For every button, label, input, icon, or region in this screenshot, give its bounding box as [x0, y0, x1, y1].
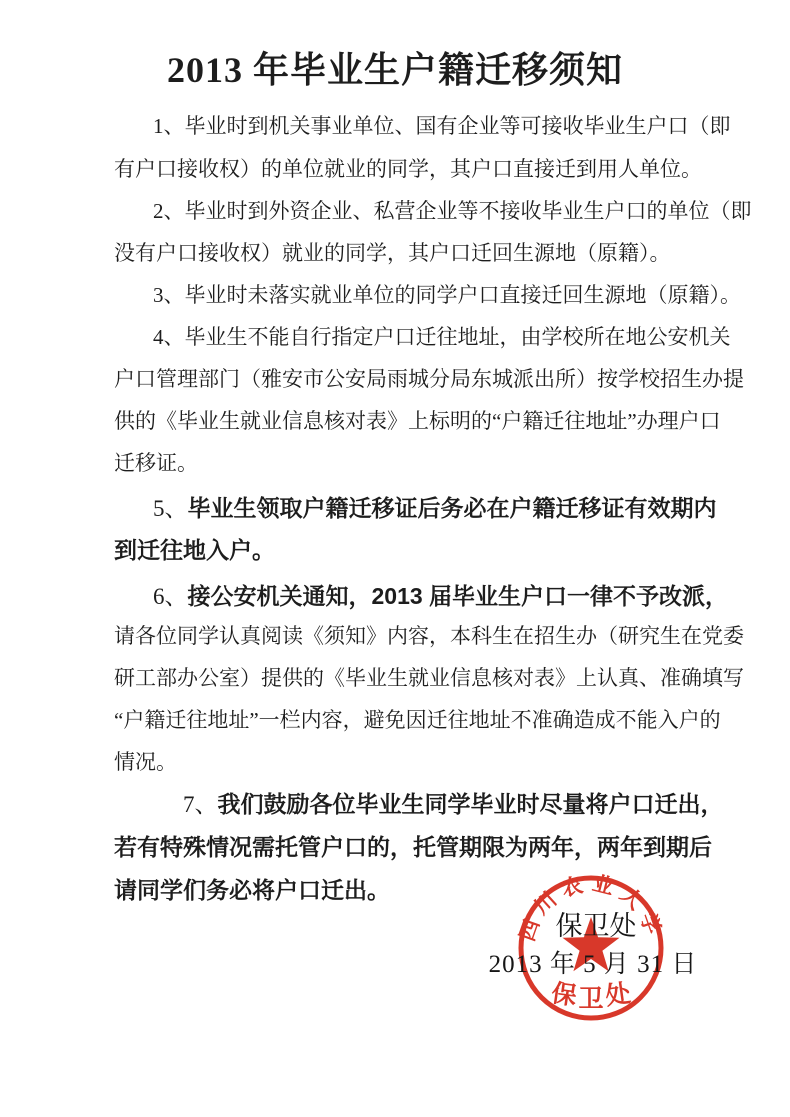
- text-line: 7、我们鼓励各位毕业生同学毕业时尽量将户口迁出，: [183, 793, 724, 816]
- text-line: 请同学们务必将户口迁出。: [114, 879, 390, 902]
- bold-text-segment: 若有特殊情况需托管户口的，托管期限为两年，两年到期后: [114, 834, 712, 860]
- text-segment: “户籍迁往地址”一栏内容，避免因迁往地址不准确造成不能入户的: [114, 708, 721, 732]
- text-segment: 户口管理部门（雅安市公安局雨城分局东城派出所）按学校招生办提: [114, 367, 744, 391]
- bold-text-segment: 到迁往地入户。: [114, 537, 275, 563]
- text-line: 户口管理部门（雅安市公安局雨城分局东城派出所）按学校招生办提: [114, 369, 744, 390]
- bold-text-segment: 毕业生领取户籍迁移证后务必在户籍迁移证有效期内: [188, 495, 717, 521]
- text-segment: 有户口接收权）的单位就业的同学，其户口直接迁到用人单位。: [114, 157, 702, 181]
- text-line: 5、毕业生领取户籍迁移证后务必在户籍迁移证有效期内: [153, 497, 717, 520]
- seal-graphic: 四川农业大学 保 卫 处: [508, 865, 674, 1031]
- official-seal: 四川农业大学 保 卫 处: [508, 865, 674, 1031]
- text-segment: 1、毕业时到机关事业单位、国有企业等可接收毕业生户口（即: [153, 114, 731, 138]
- text-line: “户籍迁往地址”一栏内容，避免因迁往地址不准确造成不能入户的: [114, 710, 721, 731]
- signature-department: 保卫处: [556, 913, 637, 940]
- bold-text-segment: 接公安机关通知，2013 届毕业生户口一律不予改派，: [188, 583, 729, 609]
- text-line: 供的《毕业生就业信息核对表》上标明的“户籍迁往地址”办理户口: [114, 411, 721, 432]
- text-segment: 4、毕业生不能自行指定户口迁往地址，由学校所在地公安机关: [153, 325, 731, 349]
- text-line: 2、毕业时到外资企业、私营企业等不接收毕业生户口的单位（即: [153, 201, 752, 222]
- seal-department-char: 处: [604, 979, 633, 1010]
- text-line: 1、毕业时到机关事业单位、国有企业等可接收毕业生户口（即: [153, 116, 731, 137]
- bold-text-segment: 我们鼓励各位毕业生同学毕业时尽量将户口迁出，: [218, 791, 724, 817]
- text-line: 到迁往地入户。: [114, 539, 275, 562]
- seal-department-char: 保: [550, 979, 579, 1010]
- text-segment: 没有户口接收权）就业的同学，其户口迁回生源地（原籍）。: [114, 241, 671, 265]
- text-line: 研工部办公室）提供的《毕业生就业信息核对表》上认真、准确填写: [114, 668, 744, 689]
- text-line: 情况。: [114, 752, 177, 773]
- text-segment: 2、毕业时到外资企业、私营企业等不接收毕业生户口的单位（即: [153, 199, 752, 223]
- text-segment: 供的《毕业生就业信息核对表》上标明的“户籍迁往地址”办理户口: [114, 409, 721, 433]
- text-line: 3、毕业时未落实就业单位的同学户口直接迁回生源地（原籍）。: [153, 285, 741, 306]
- text-segment: 情况。: [114, 750, 177, 774]
- text-line: 4、毕业生不能自行指定户口迁往地址，由学校所在地公安机关: [153, 327, 731, 348]
- text-line: 有户口接收权）的单位就业的同学，其户口直接迁到用人单位。: [114, 159, 702, 180]
- signature-date: 2013 年 5 月 31 日: [489, 952, 698, 977]
- text-line: 迁移证。: [114, 453, 198, 474]
- text-segment: 研工部办公室）提供的《毕业生就业信息核对表》上认真、准确填写: [114, 666, 744, 690]
- text-segment: 6、: [153, 584, 188, 609]
- text-segment: 迁移证。: [114, 451, 198, 475]
- text-line: 没有户口接收权）就业的同学，其户口迁回生源地（原籍）。: [114, 243, 671, 264]
- bold-text-segment: 请同学们务必将户口迁出。: [114, 877, 390, 903]
- page-title: 2013 年毕业生户籍迁移须知: [0, 52, 790, 88]
- text-segment: 请各位同学认真阅读《须知》内容，本科生在招生办（研究生在党委: [114, 624, 744, 648]
- text-line: 6、接公安机关通知，2013 届毕业生户口一律不予改派，: [153, 585, 728, 608]
- text-segment: 7、: [183, 792, 218, 817]
- seal-department-char: 卫: [578, 985, 603, 1013]
- text-line: 若有特殊情况需托管户口的，托管期限为两年，两年到期后: [114, 836, 712, 859]
- text-line: 请各位同学认真阅读《须知》内容，本科生在招生办（研究生在党委: [114, 626, 744, 647]
- text-segment: 5、: [153, 496, 188, 521]
- text-segment: 3、毕业时未落实就业单位的同学户口直接迁回生源地（原籍）。: [153, 283, 741, 307]
- document-page: 2013 年毕业生户籍迁移须知 1、毕业时到机关事业单位、国有企业等可接收毕业生…: [0, 0, 790, 1117]
